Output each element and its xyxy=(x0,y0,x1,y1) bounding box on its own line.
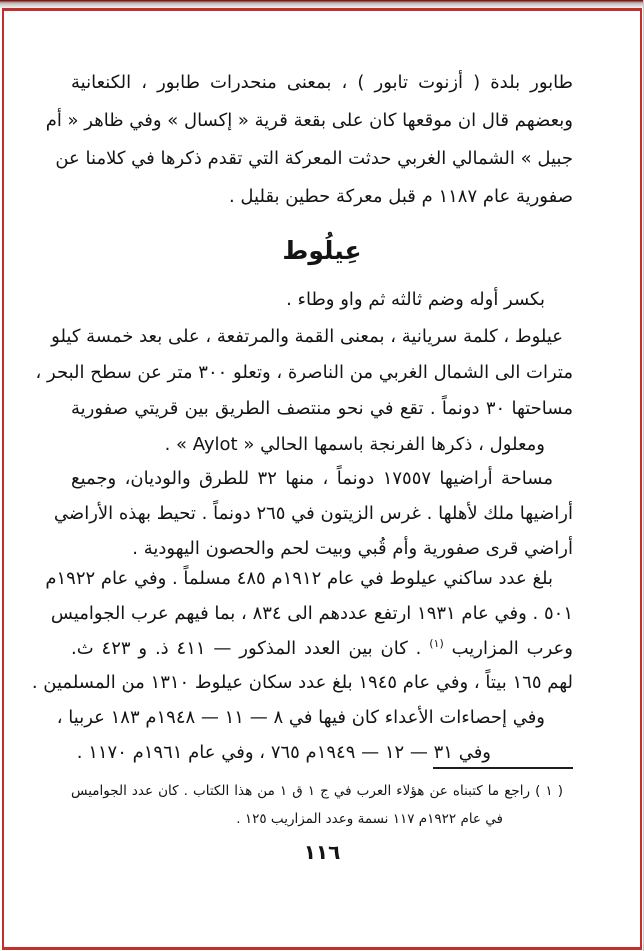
text-line: أراضي قرى صفورية وأم قُبي وبيت لحم والحص… xyxy=(71,531,573,566)
footnote: ( ١ ) راجع ما كتبناه عن هؤلاء العرب في ج… xyxy=(71,777,573,833)
text-line: وبعضهم قال ان موقعها كان على بقعة قرية «… xyxy=(71,102,573,140)
text-line: وعرب المزاريب (١) . كان بين العدد المذكو… xyxy=(71,632,573,667)
text-segment: وعرب المزاريب xyxy=(444,638,573,659)
paragraph-land-area: مساحة أراضيها ١٧٥٥٧ دونماً ، منها ٣٢ للط… xyxy=(71,461,573,566)
page-number: ١١٦ xyxy=(71,840,573,864)
paragraph-location: عيلوط ، كلمة سريانية ، بمعنى القمة والمر… xyxy=(71,319,573,463)
text-segment: . كان بين العدد المذكور — ٤١١ ذ. و ٤٢٣ ث… xyxy=(71,638,429,659)
entry-heading: عِيلُوط xyxy=(71,231,573,271)
pronunciation-note: بكسر أوله وضم ثالثه ثم واو وطاء . xyxy=(71,285,573,315)
text-line: مساحة أراضيها ١٧٥٥٧ دونماً ، منها ٣٢ للط… xyxy=(71,461,573,496)
text-line: صفورية عام ١١٨٧ م قبل معركة حطين بقليل . xyxy=(71,178,573,216)
text-line: وفي ٣١ — ١٢ — ١٩٤٩م ٧٦٥ ، وفي عام ١٩٦١م … xyxy=(71,736,573,771)
text-line: جبيل » الشمالي الغربي حدثت المعركة التي … xyxy=(71,140,573,178)
text-line: عيلوط ، كلمة سريانية ، بمعنى القمة والمر… xyxy=(71,319,573,355)
text-line: وفي إحصاءات الأعداء كان فيها في ٨ — ١١ —… xyxy=(71,701,573,736)
text-line: مساحتها ٣٠ دونماً . تقع في نحو منتصف الط… xyxy=(71,391,573,427)
text-line: ومعلول ، ذكرها الفرنجة باسمها الحالي « A… xyxy=(71,427,573,463)
text-line: بلغ عدد ساكني عيلوط في عام ١٩١٢م ٤٨٥ مسل… xyxy=(71,562,573,597)
text-line: مترات الى الشمال الغربي من الناصرة ، وتع… xyxy=(71,355,573,391)
text-line: ٥٠١ . وفي عام ١٩٣١ ارتفع عددهم الى ٨٣٤ ،… xyxy=(71,597,573,632)
paragraph-tabur: طابور بلدة ( أزنوت تابور ) ، بمعنى منحدر… xyxy=(71,64,573,216)
scan-artifact-strip xyxy=(0,0,644,8)
footnote-separator xyxy=(433,767,573,769)
paragraph-population: بلغ عدد ساكني عيلوط في عام ١٩١٢م ٤٨٥ مسل… xyxy=(71,562,573,771)
text-line: أراضيها ملك لأهلها . غرس الزيتون في ٢٦٥ … xyxy=(71,496,573,531)
text-line: بكسر أوله وضم ثالثه ثم واو وطاء . xyxy=(71,285,573,315)
text-line: طابور بلدة ( أزنوت تابور ) ، بمعنى منحدر… xyxy=(71,64,573,102)
footnote-reference: (١) xyxy=(429,637,444,650)
footnote-line: ( ١ ) راجع ما كتبناه عن هؤلاء العرب في ج… xyxy=(71,777,573,805)
text-line: لهم ١٦٥ بيتاً ، وفي عام ١٩٤٥ بلغ عدد سكا… xyxy=(71,666,573,701)
footnote-line: في عام ١٩٢٢م ١١٧ نسمة وعدد المزاريب ١٢٥ … xyxy=(71,805,573,833)
scanned-book-page: { "colors": { "frame_red": "#c1302a", "i… xyxy=(0,0,644,951)
